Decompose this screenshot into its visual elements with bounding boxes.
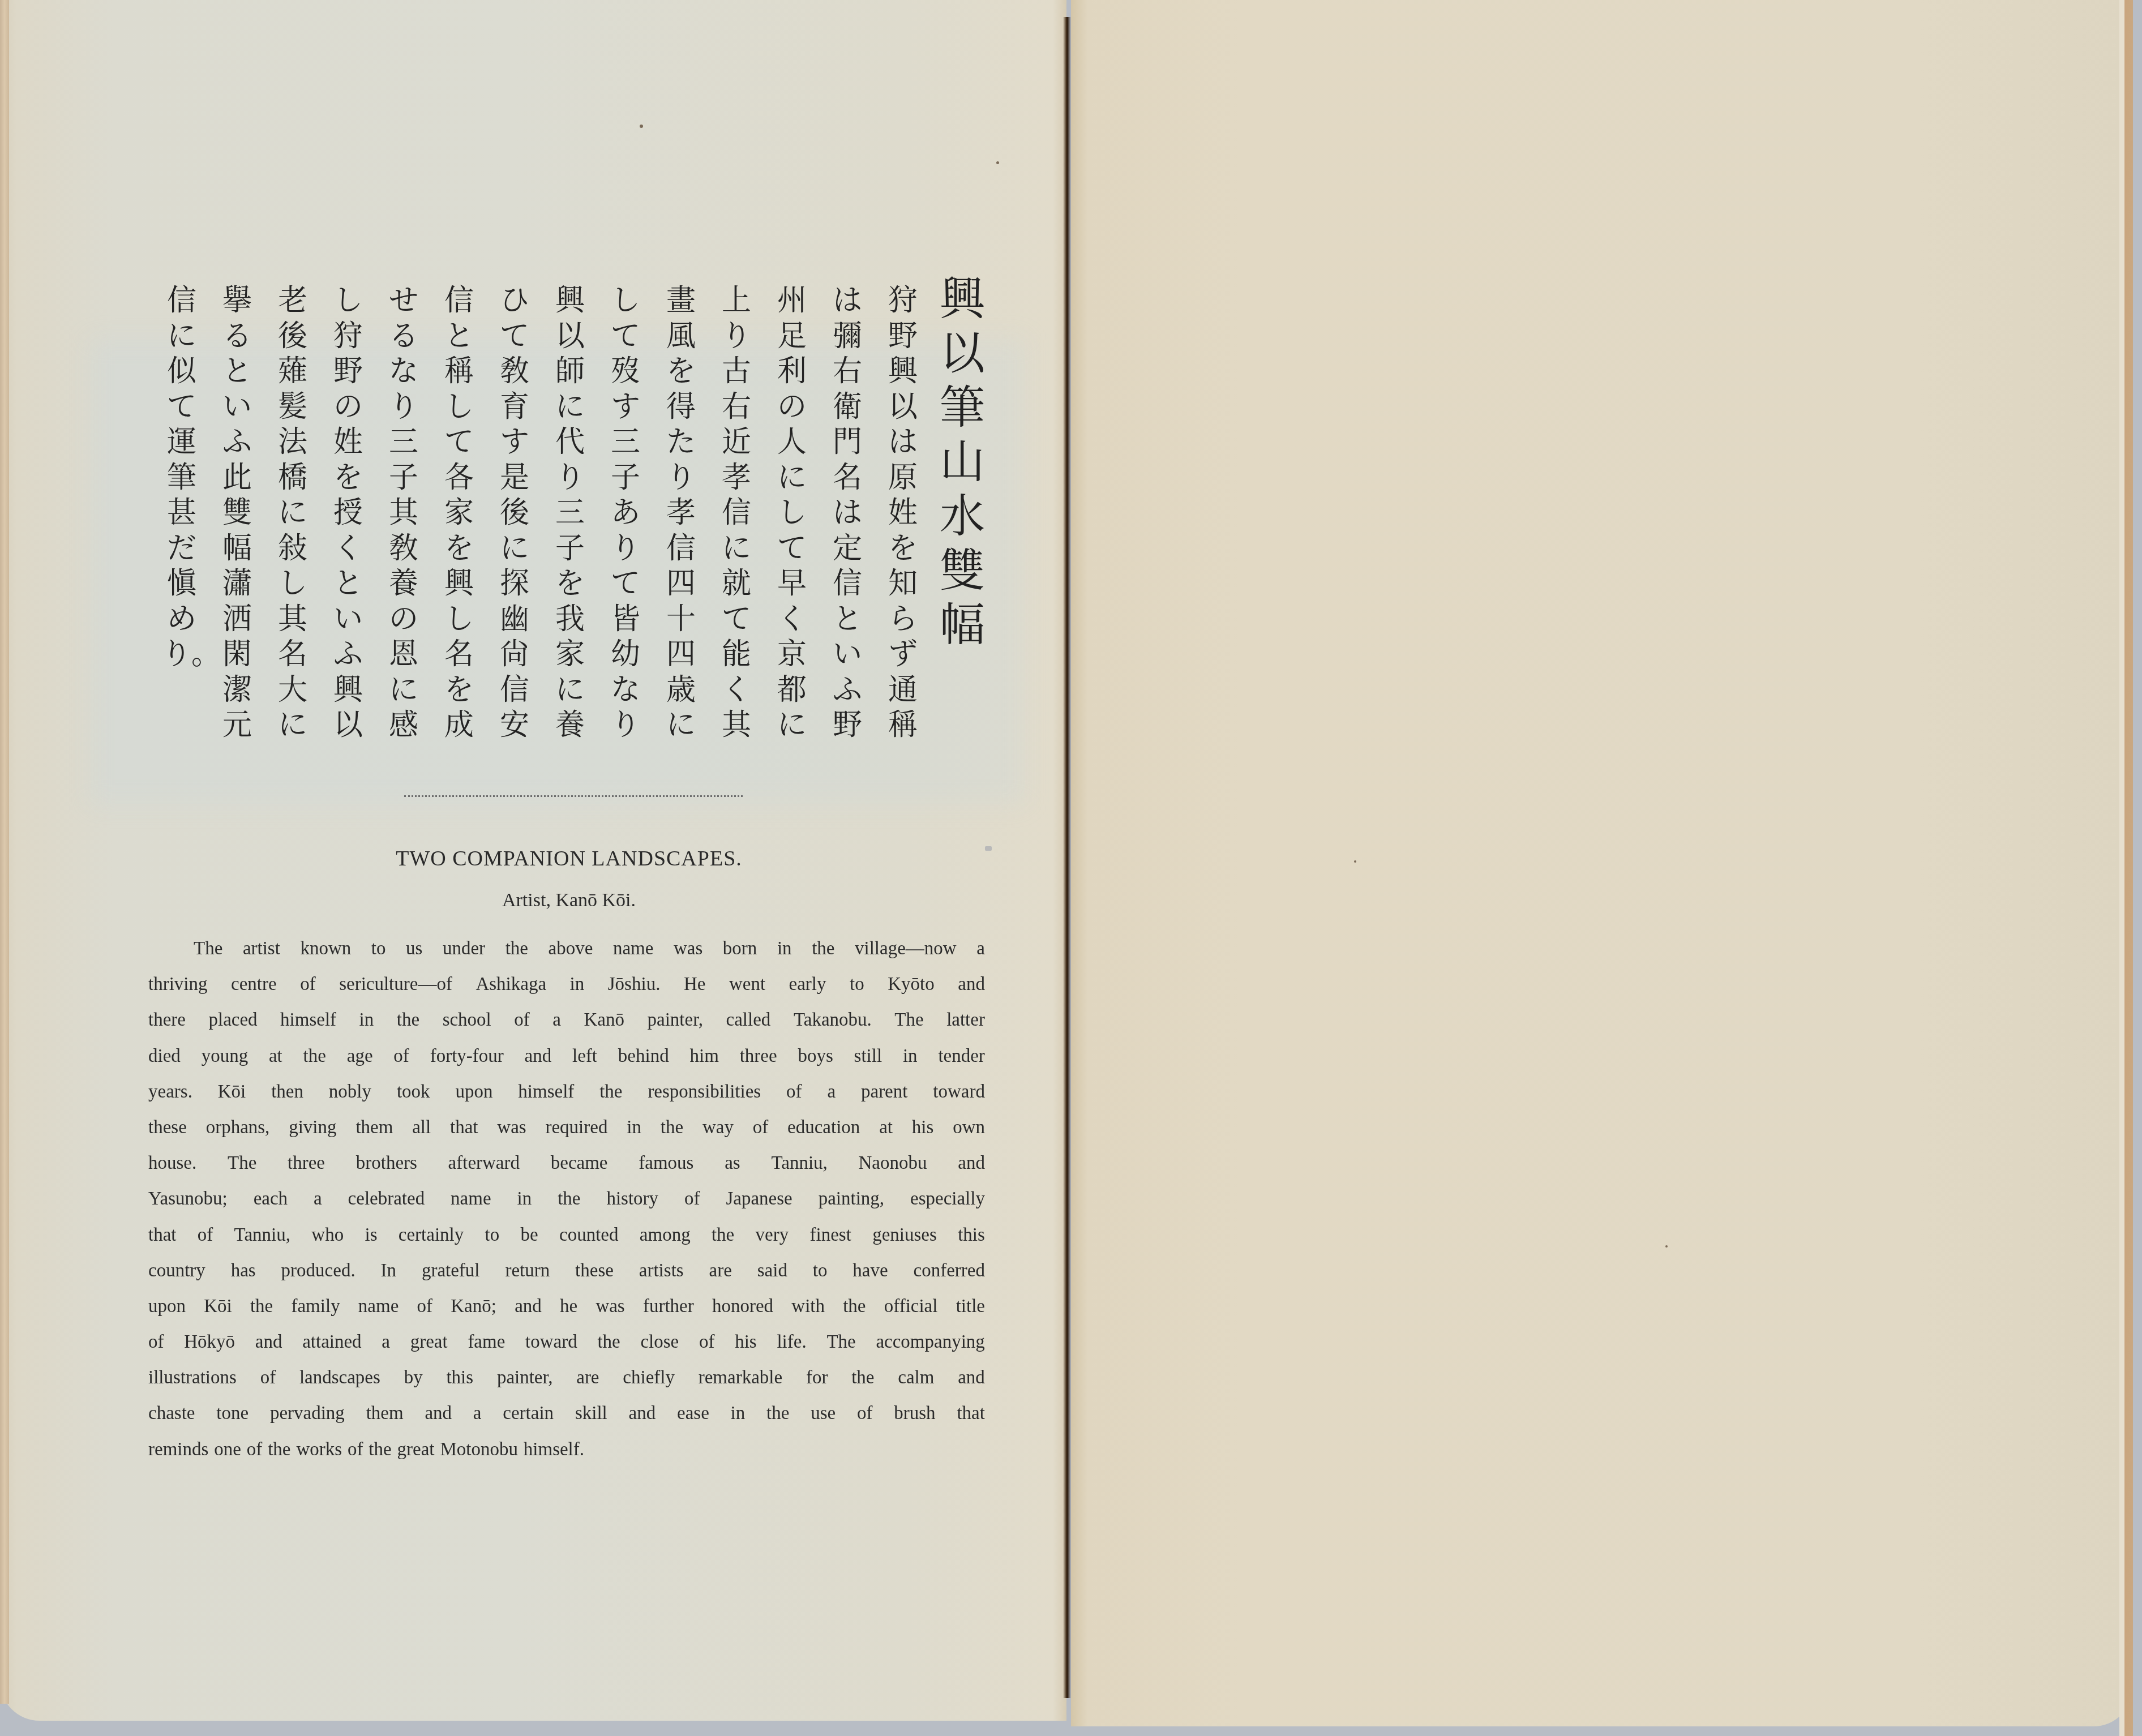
word: brush	[894, 1396, 935, 1431]
word: born	[723, 931, 757, 967]
word: artist	[243, 931, 280, 967]
word: him	[690, 1039, 719, 1074]
word: of	[417, 1289, 433, 1324]
word: famous	[639, 1146, 693, 1181]
japanese-column: し狩野の姓を授くといふ興以	[328, 283, 368, 743]
word: The	[194, 931, 222, 967]
word: of	[857, 1396, 873, 1431]
word: and	[958, 1146, 985, 1181]
japanese-title: 興以筆山水雙幅	[934, 272, 991, 652]
paragraph-line: thrivingcentreofsericulture—ofAshikagain…	[148, 967, 985, 1002]
word: as	[725, 1146, 740, 1181]
word: died	[148, 1039, 181, 1074]
word: The	[228, 1146, 256, 1181]
word: them	[366, 1396, 404, 1431]
word: nobly	[329, 1074, 371, 1110]
word: that	[148, 1218, 176, 1253]
word: a	[827, 1074, 836, 1110]
word: grateful	[422, 1253, 480, 1289]
word: brothers	[356, 1146, 417, 1181]
paper-speck	[996, 161, 999, 164]
word: counted	[559, 1218, 618, 1253]
word: his	[735, 1324, 757, 1360]
word: age	[347, 1039, 373, 1074]
word: each	[254, 1181, 288, 1217]
word: of	[699, 1324, 715, 1360]
word: Kōi	[218, 1074, 246, 1110]
word: upon	[148, 1289, 186, 1324]
word: one	[214, 1432, 241, 1468]
word: name	[613, 931, 653, 967]
word: a	[473, 1396, 482, 1431]
word: have	[852, 1253, 888, 1289]
word: name	[358, 1289, 399, 1324]
artist-subheading: Artist, Kanō Kōi.	[0, 890, 1138, 911]
paragraph-line: Yasunobu;eachacelebratednameinthehistory…	[148, 1181, 985, 1217]
word: reminds	[148, 1432, 208, 1468]
word: conferred	[914, 1253, 985, 1289]
word: the	[558, 1181, 580, 1217]
word: be	[521, 1218, 538, 1253]
word: a	[382, 1324, 390, 1360]
word: further	[643, 1289, 694, 1324]
word: in	[359, 1002, 374, 1038]
word: has	[231, 1253, 256, 1289]
word: country	[148, 1253, 205, 1289]
word: Kōi	[204, 1289, 232, 1324]
word: and	[958, 1360, 985, 1396]
word: remarkable	[699, 1360, 782, 1396]
paragraph-line: chastetonepervadingthemandacertainskilla…	[148, 1396, 985, 1431]
word: Kanō;	[451, 1289, 496, 1324]
word: took	[397, 1074, 430, 1110]
word: to	[371, 931, 386, 967]
paragraph-line: theseorphans,givingthemallthatwasrequire…	[148, 1110, 985, 1146]
word: of	[247, 1432, 263, 1468]
word: upon	[455, 1074, 492, 1110]
left-page: 興以筆山水雙幅 狩野興以は原姓を知らず通稱 は彌右衛門名は定信といふ野 州足利の…	[0, 0, 1066, 1721]
word: that	[450, 1110, 478, 1146]
word: this	[446, 1360, 473, 1396]
word: life.	[777, 1324, 806, 1360]
word: are	[709, 1253, 732, 1289]
word: is	[365, 1218, 378, 1253]
word: landscapes	[299, 1360, 380, 1396]
word: illustrations	[148, 1360, 237, 1396]
word: painter,	[648, 1002, 704, 1038]
japanese-column: 州足利の人にして早く京都に	[772, 283, 812, 743]
word: a	[314, 1181, 322, 1217]
word: tone	[216, 1396, 249, 1431]
word: The	[826, 1324, 855, 1360]
word: forty-four	[430, 1039, 504, 1074]
word: the	[505, 931, 528, 967]
word: official	[884, 1289, 938, 1324]
dotted-divider	[404, 795, 743, 797]
word: of	[300, 967, 316, 1002]
word: name	[451, 1181, 491, 1217]
word: was	[497, 1110, 526, 1146]
word: the	[843, 1289, 866, 1324]
word: in	[903, 1039, 918, 1074]
paragraph-line: years.Kōithennoblytookuponhimselftheresp…	[148, 1074, 985, 1110]
word: very	[756, 1218, 789, 1253]
word: giving	[289, 1110, 336, 1146]
word: title	[956, 1289, 985, 1324]
word: accompanying	[876, 1324, 984, 1360]
word: geniuses	[872, 1218, 937, 1253]
word: and	[425, 1396, 452, 1431]
word: pervading	[270, 1396, 345, 1431]
word: especially	[910, 1181, 985, 1217]
word: to	[813, 1253, 828, 1289]
word: Kyōto	[888, 967, 935, 1002]
japanese-column: 興以師に代り三子を我家に養	[550, 283, 590, 743]
word: became	[551, 1146, 608, 1181]
word: above	[549, 931, 593, 967]
paragraph-line: remindsoneoftheworksofthegreatMotonobuhi…	[148, 1432, 985, 1468]
word: behind	[618, 1039, 669, 1074]
word: toward	[525, 1324, 577, 1360]
paragraph-line: countryhasproduced.Ingratefulreturnthese…	[148, 1253, 985, 1289]
book-spine-gutter	[1063, 17, 1071, 1698]
word: of	[348, 1432, 363, 1468]
word: close	[640, 1324, 679, 1360]
english-heading: TWO COMPANION LANDSCAPES.	[0, 846, 1138, 871]
paragraph-line: house.Thethreebrothersafterwardbecamefam…	[148, 1146, 985, 1181]
word: the	[812, 931, 834, 967]
word: painting,	[819, 1181, 884, 1217]
word: was	[674, 931, 702, 967]
word: who	[311, 1218, 344, 1253]
word: of	[514, 1002, 530, 1038]
right-page-blank	[1071, 0, 2133, 1726]
word: and	[255, 1324, 282, 1360]
word: certain	[503, 1396, 554, 1431]
japanese-column: 信と稱して各家を興し名を成	[439, 283, 479, 743]
word: tender	[938, 1039, 984, 1074]
paragraph-line: thereplacedhimselfintheschoolofaKanōpain…	[148, 1002, 985, 1038]
word: school	[443, 1002, 491, 1038]
word: return	[505, 1253, 550, 1289]
word: attained	[302, 1324, 361, 1360]
word: the	[599, 1074, 622, 1110]
word: the	[303, 1039, 326, 1074]
word: the	[661, 1110, 683, 1146]
word: artists	[639, 1253, 684, 1289]
word: a	[552, 1002, 561, 1038]
word: still	[854, 1039, 882, 1074]
word: the	[712, 1218, 734, 1253]
word: the	[250, 1289, 273, 1324]
word: and	[629, 1396, 656, 1431]
word: he	[560, 1289, 577, 1324]
paper-speck	[1354, 860, 1356, 863]
word: certainly	[399, 1218, 464, 1253]
word: calm	[898, 1360, 934, 1396]
japanese-column: 畫風を得たり孝信四十四歳に	[661, 283, 701, 743]
word: by	[404, 1360, 423, 1396]
word: himself	[280, 1002, 336, 1038]
word: orphans,	[206, 1110, 270, 1146]
word: among	[640, 1218, 691, 1253]
word: produced.	[281, 1253, 355, 1289]
word: chaste	[148, 1396, 195, 1431]
word: went	[729, 967, 765, 1002]
word: skill	[575, 1396, 607, 1431]
paragraph-line: thatofTanniu,whoiscertainlytobecountedam…	[148, 1218, 985, 1253]
word: education	[787, 1110, 860, 1146]
word: family	[291, 1289, 340, 1324]
word: left	[572, 1039, 597, 1074]
word: us	[406, 931, 422, 967]
word: in	[777, 931, 792, 967]
japanese-column: ひて敎育す是後に探幽尙信安	[495, 283, 534, 743]
word: and	[958, 967, 985, 1002]
word: his	[912, 1110, 934, 1146]
paragraph-line: uponKōithefamilynameofKanō;andhewasfurth…	[148, 1289, 985, 1324]
word: works	[296, 1432, 342, 1468]
word: toward	[933, 1074, 985, 1110]
word: In	[381, 1253, 397, 1289]
word: village—now	[855, 931, 957, 967]
japanese-column: は彌右衛門名は定信といふ野	[828, 283, 867, 743]
word: at	[269, 1039, 282, 1074]
word: finest	[810, 1218, 851, 1253]
word: of	[684, 1181, 700, 1217]
word: of	[198, 1218, 213, 1253]
word: of	[393, 1039, 409, 1074]
paragraph-line: ofHōkyōandattainedagreatfametowardtheclo…	[148, 1324, 985, 1360]
word: these	[148, 1110, 187, 1146]
word: called	[726, 1002, 771, 1038]
word: celebrated	[348, 1181, 425, 1217]
word: of	[148, 1324, 164, 1360]
word: of	[260, 1360, 276, 1396]
word: the	[766, 1396, 789, 1431]
word: in	[627, 1110, 641, 1146]
word: there	[148, 1002, 186, 1038]
word: then	[271, 1074, 303, 1110]
word: was	[596, 1289, 624, 1324]
japanese-column: して歿す三子ありて皆幼なり	[606, 283, 645, 743]
word: under	[443, 931, 485, 967]
paragraph-line: illustrationsoflandscapesbythispainter,a…	[148, 1360, 985, 1396]
word: great	[397, 1432, 435, 1468]
word: honored	[712, 1289, 773, 1324]
word: and	[525, 1039, 552, 1074]
japanese-column: 上り古右近孝信に就て能く其	[717, 283, 756, 743]
word: three	[740, 1039, 777, 1074]
word: and	[515, 1289, 542, 1324]
word: Kanō	[584, 1002, 624, 1038]
word: responsibilities	[648, 1074, 761, 1110]
english-paragraph: Theartistknowntousundertheabovenamewasbo…	[148, 931, 985, 1468]
word: Takanobu.	[794, 1002, 872, 1038]
japanese-column: 信に似て運筆甚だ愼めり。	[162, 283, 202, 672]
word: a	[976, 931, 985, 967]
word: for	[806, 1360, 828, 1396]
word: latter	[946, 1002, 985, 1038]
word: sericulture—of	[339, 967, 452, 1002]
word: said	[757, 1253, 787, 1289]
word: way	[702, 1110, 734, 1146]
word: young	[202, 1039, 249, 1074]
word: great	[410, 1324, 448, 1360]
word: The	[894, 1002, 923, 1038]
word: years.	[148, 1074, 192, 1110]
word: required	[545, 1110, 607, 1146]
word: the	[397, 1002, 419, 1038]
word: in	[731, 1396, 746, 1431]
japanese-column: 狩野興以は原姓を知らず通稱	[883, 283, 923, 743]
word: parent	[861, 1074, 907, 1110]
word: this	[958, 1218, 985, 1253]
word: painter,	[497, 1360, 553, 1396]
word: chiefly	[623, 1360, 675, 1396]
word: fame	[468, 1324, 505, 1360]
word: the	[851, 1360, 874, 1396]
word: in	[517, 1181, 532, 1217]
word: boys	[798, 1039, 833, 1074]
word: at	[879, 1110, 893, 1146]
word: these	[575, 1253, 614, 1289]
word: Naonobu	[859, 1146, 927, 1181]
word: Ashikaga	[475, 967, 546, 1002]
word: known	[300, 931, 351, 967]
word: the	[597, 1324, 620, 1360]
word: Motonobu	[440, 1432, 518, 1468]
word: to	[850, 967, 864, 1002]
paper-speck	[640, 125, 643, 128]
word: early	[789, 967, 826, 1002]
word: all	[412, 1110, 431, 1146]
word: in	[570, 967, 585, 1002]
word: with	[791, 1289, 825, 1324]
japanese-column: 老後薙髪法橋に敍し其名大に	[273, 283, 312, 743]
word: ease	[677, 1396, 709, 1431]
word: centre	[231, 967, 277, 1002]
word: own	[953, 1110, 985, 1146]
word: afterward	[448, 1146, 520, 1181]
word: himself.	[524, 1432, 584, 1468]
paragraph-line: diedyoungattheageofforty-fourandleftbehi…	[148, 1039, 985, 1074]
word: Jōshiu.	[608, 967, 661, 1002]
word: of	[786, 1074, 802, 1110]
paper-mark	[985, 846, 992, 851]
word: house.	[148, 1146, 196, 1181]
word: thriving	[148, 967, 208, 1002]
word: Tanniu,	[234, 1218, 290, 1253]
word: the	[268, 1432, 290, 1468]
word: the	[369, 1432, 391, 1468]
word: them	[355, 1110, 393, 1146]
word: three	[288, 1146, 325, 1181]
word: himself	[518, 1074, 574, 1110]
japanese-column: 擧るといふ此雙幅瀟洒閑潔元	[217, 283, 257, 743]
word: to	[485, 1218, 500, 1253]
word: history	[606, 1181, 658, 1217]
word: placed	[208, 1002, 257, 1038]
paper-speck	[1665, 1245, 1668, 1248]
japanese-column: せるなり三子其敎養の恩に感	[384, 283, 423, 743]
word: Tanniu,	[771, 1146, 827, 1181]
word: are	[576, 1360, 599, 1396]
word: use	[811, 1396, 836, 1431]
word: Hōkyō	[184, 1324, 235, 1360]
right-fore-edge	[2119, 0, 2133, 1736]
word: Yasunobu;	[148, 1181, 228, 1217]
paragraph-line: Theartistknowntousundertheabovenamewasbo…	[148, 931, 985, 967]
word: Japanese	[726, 1181, 792, 1217]
word: of	[753, 1110, 769, 1146]
word: He	[684, 967, 705, 1002]
word: that	[957, 1396, 984, 1431]
